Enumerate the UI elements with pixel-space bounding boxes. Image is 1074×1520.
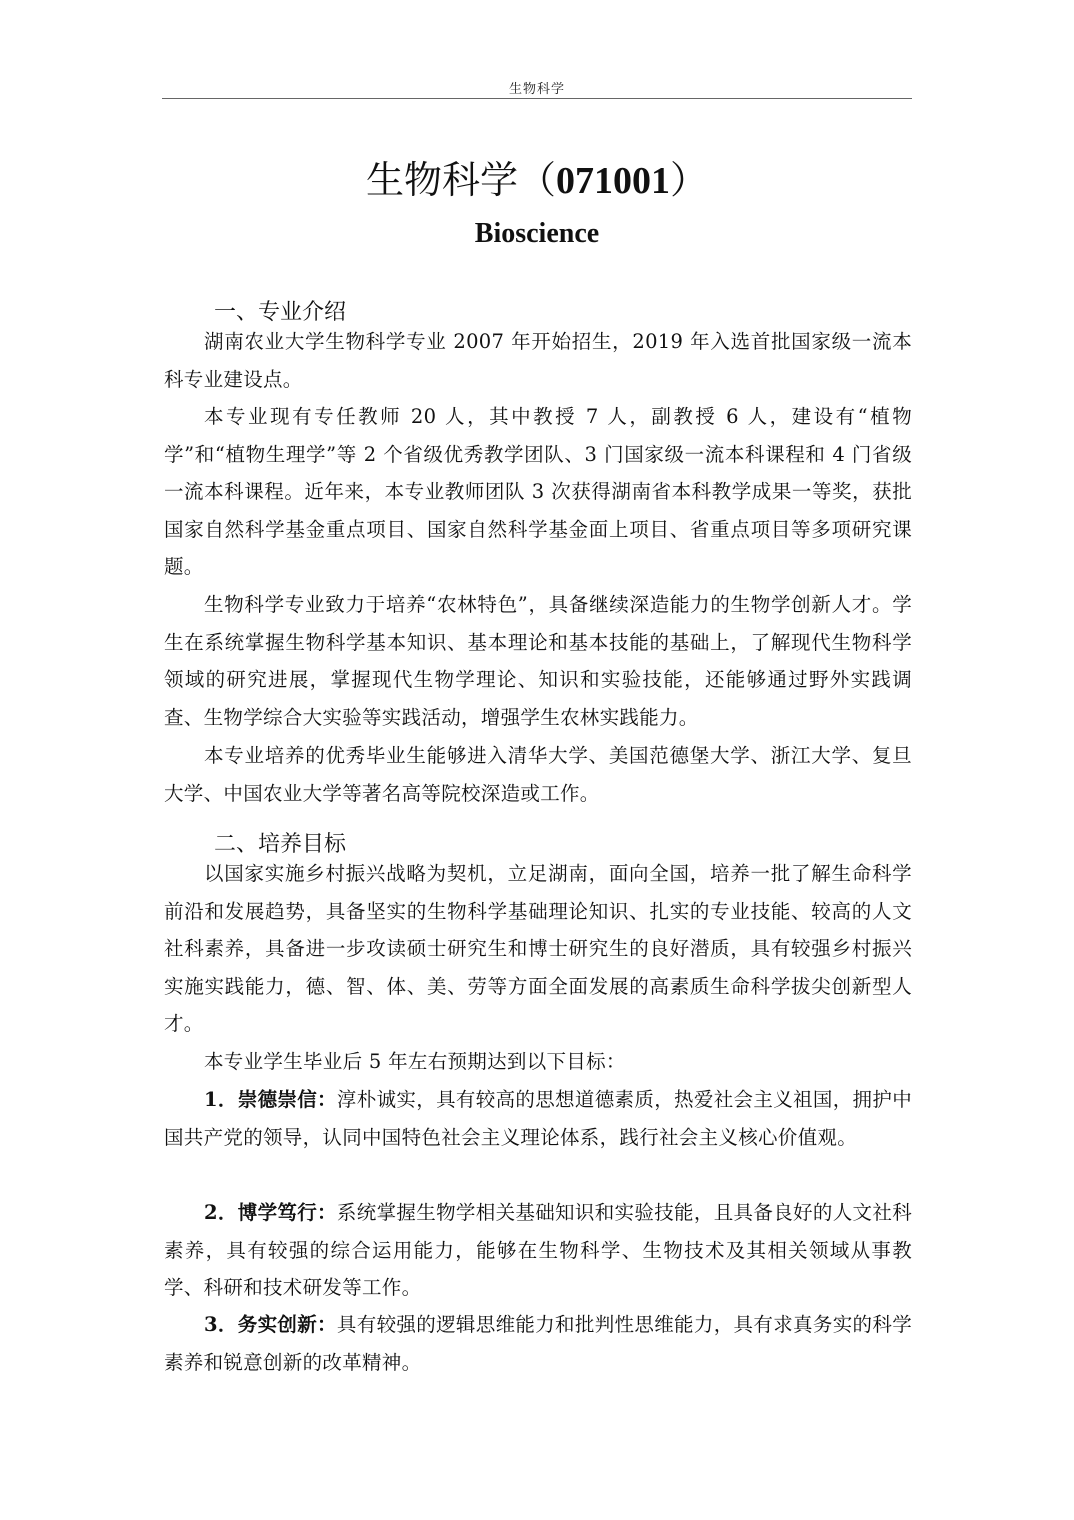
title-code: 071001 xyxy=(556,160,670,202)
paragraph: 本专业现有专任教师 20 人，其中教授 7 人，副教授 6 人，建设有“植物学”… xyxy=(164,398,912,586)
paragraph: 本专业学生毕业后 5 年左右预期达到以下目标： xyxy=(164,1043,912,1081)
paragraph: 生物科学专业致力于培养“农林特色”，具备继续深造能力的生物学创新人才。学生在系统… xyxy=(164,586,912,736)
page-subtitle-english: Bioscience xyxy=(0,214,1074,254)
paragraph: 本专业培养的优秀毕业生能够进入清华大学、美国范德堡大学、浙江大学、复旦大学、中国… xyxy=(164,737,912,812)
running-header: 生物科学 xyxy=(0,78,1074,97)
goal-item-3: 3．务实创新：具有较强的逻辑思维能力和批判性思维能力，具有求真务实的科学素养和锐… xyxy=(164,1306,912,1381)
paragraph: 以国家实施乡村振兴战略为契机，立足湖南，面向全国，培养一批了解生命科学前沿和发展… xyxy=(164,855,912,1043)
goal-item-1: 1．崇德崇信：淳朴诚实，具有较高的思想道德素质，热爱社会主义祖国，拥护中国共产党… xyxy=(164,1081,912,1156)
page-title: 生物科学（071001） xyxy=(0,152,1074,209)
goal-label: 1．崇德崇信： xyxy=(204,1088,337,1111)
paragraph: 湖南农业大学生物科学专业 2007 年开始招生，2019 年入选首批国家级一流本… xyxy=(164,323,912,398)
title-name: 生物科学（ xyxy=(366,158,556,202)
goal-label: 3．务实创新： xyxy=(204,1313,337,1336)
goal-label: 2．博学笃行： xyxy=(204,1201,337,1224)
header-divider xyxy=(162,98,912,99)
document-page: 生物科学 生物科学（071001） Bioscience 一、专业介绍 湖南农业… xyxy=(0,0,1074,1520)
title-close: ） xyxy=(670,158,708,202)
goal-item-2: 2．博学笃行：系统掌握生物学相关基础知识和实验技能，且具备良好的人文社科素养，具… xyxy=(164,1194,912,1307)
